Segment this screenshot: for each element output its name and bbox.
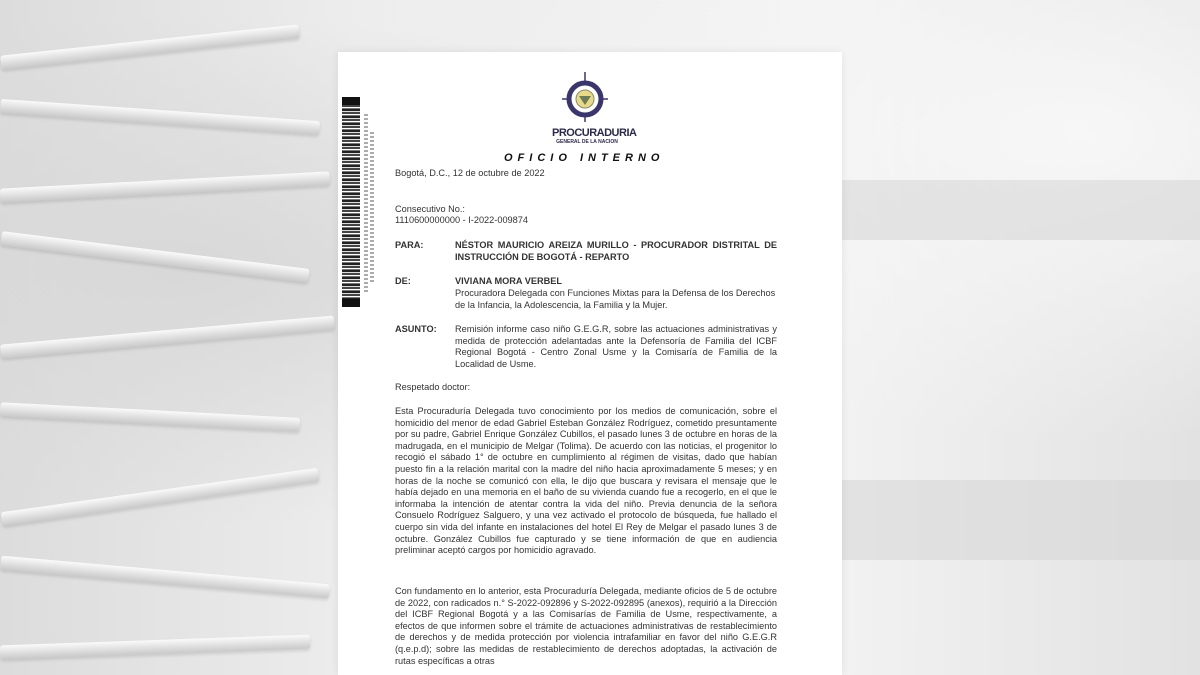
paper-stack	[0, 315, 335, 358]
consecutivo-label: Consecutivo No.:	[395, 204, 465, 216]
barcode-strip	[342, 97, 360, 307]
paper-stack	[0, 556, 330, 599]
paper-stack	[1, 468, 320, 526]
background-shelf	[840, 480, 1200, 560]
body-paragraph: Con fundamento en lo anterior, esta Proc…	[395, 586, 777, 667]
consecutivo-value: 1110600000000 - I-2022-009874	[395, 215, 528, 227]
procuraduria-seal-icon	[560, 72, 610, 122]
para-value: NÉSTOR MAURICIO AREIZA MURILLO - PROCURA…	[455, 240, 777, 263]
paper-stack	[0, 635, 310, 660]
background-shelf	[840, 180, 1200, 240]
issuer-logo-subtitle: GENERAL DE LA NACION	[552, 139, 622, 145]
barcode-caption	[370, 132, 374, 282]
para-label: PARA:	[395, 240, 423, 252]
paper-stack	[0, 231, 309, 283]
asunto-label: ASUNTO:	[395, 324, 437, 336]
de-name: VIVIANA MORA VERBEL	[455, 276, 562, 288]
paper-stack	[0, 99, 320, 135]
document-page: PROCURADURIA GENERAL DE LA NACION OFICIO…	[338, 52, 842, 675]
paper-stack	[0, 402, 300, 432]
de-title: Procuradora Delegada con Funciones Mixta…	[455, 288, 777, 311]
de-label: DE:	[395, 276, 411, 288]
body-paragraph: Esta Procuraduría Delegada tuvo conocimi…	[395, 406, 777, 557]
barcode-caption	[364, 112, 368, 292]
paper-stack	[0, 171, 330, 202]
asunto-value: Remisión informe caso niño G.E.G.R, sobr…	[455, 324, 777, 370]
salutation: Respetado doctor:	[395, 382, 470, 394]
document-type-heading: OFICIO INTERNO	[504, 152, 664, 164]
issuer-logo-title: PROCURADURIA	[552, 128, 622, 138]
paper-stack	[0, 24, 300, 69]
place-date: Bogotá, D.C., 12 de octubre de 2022	[395, 168, 545, 180]
